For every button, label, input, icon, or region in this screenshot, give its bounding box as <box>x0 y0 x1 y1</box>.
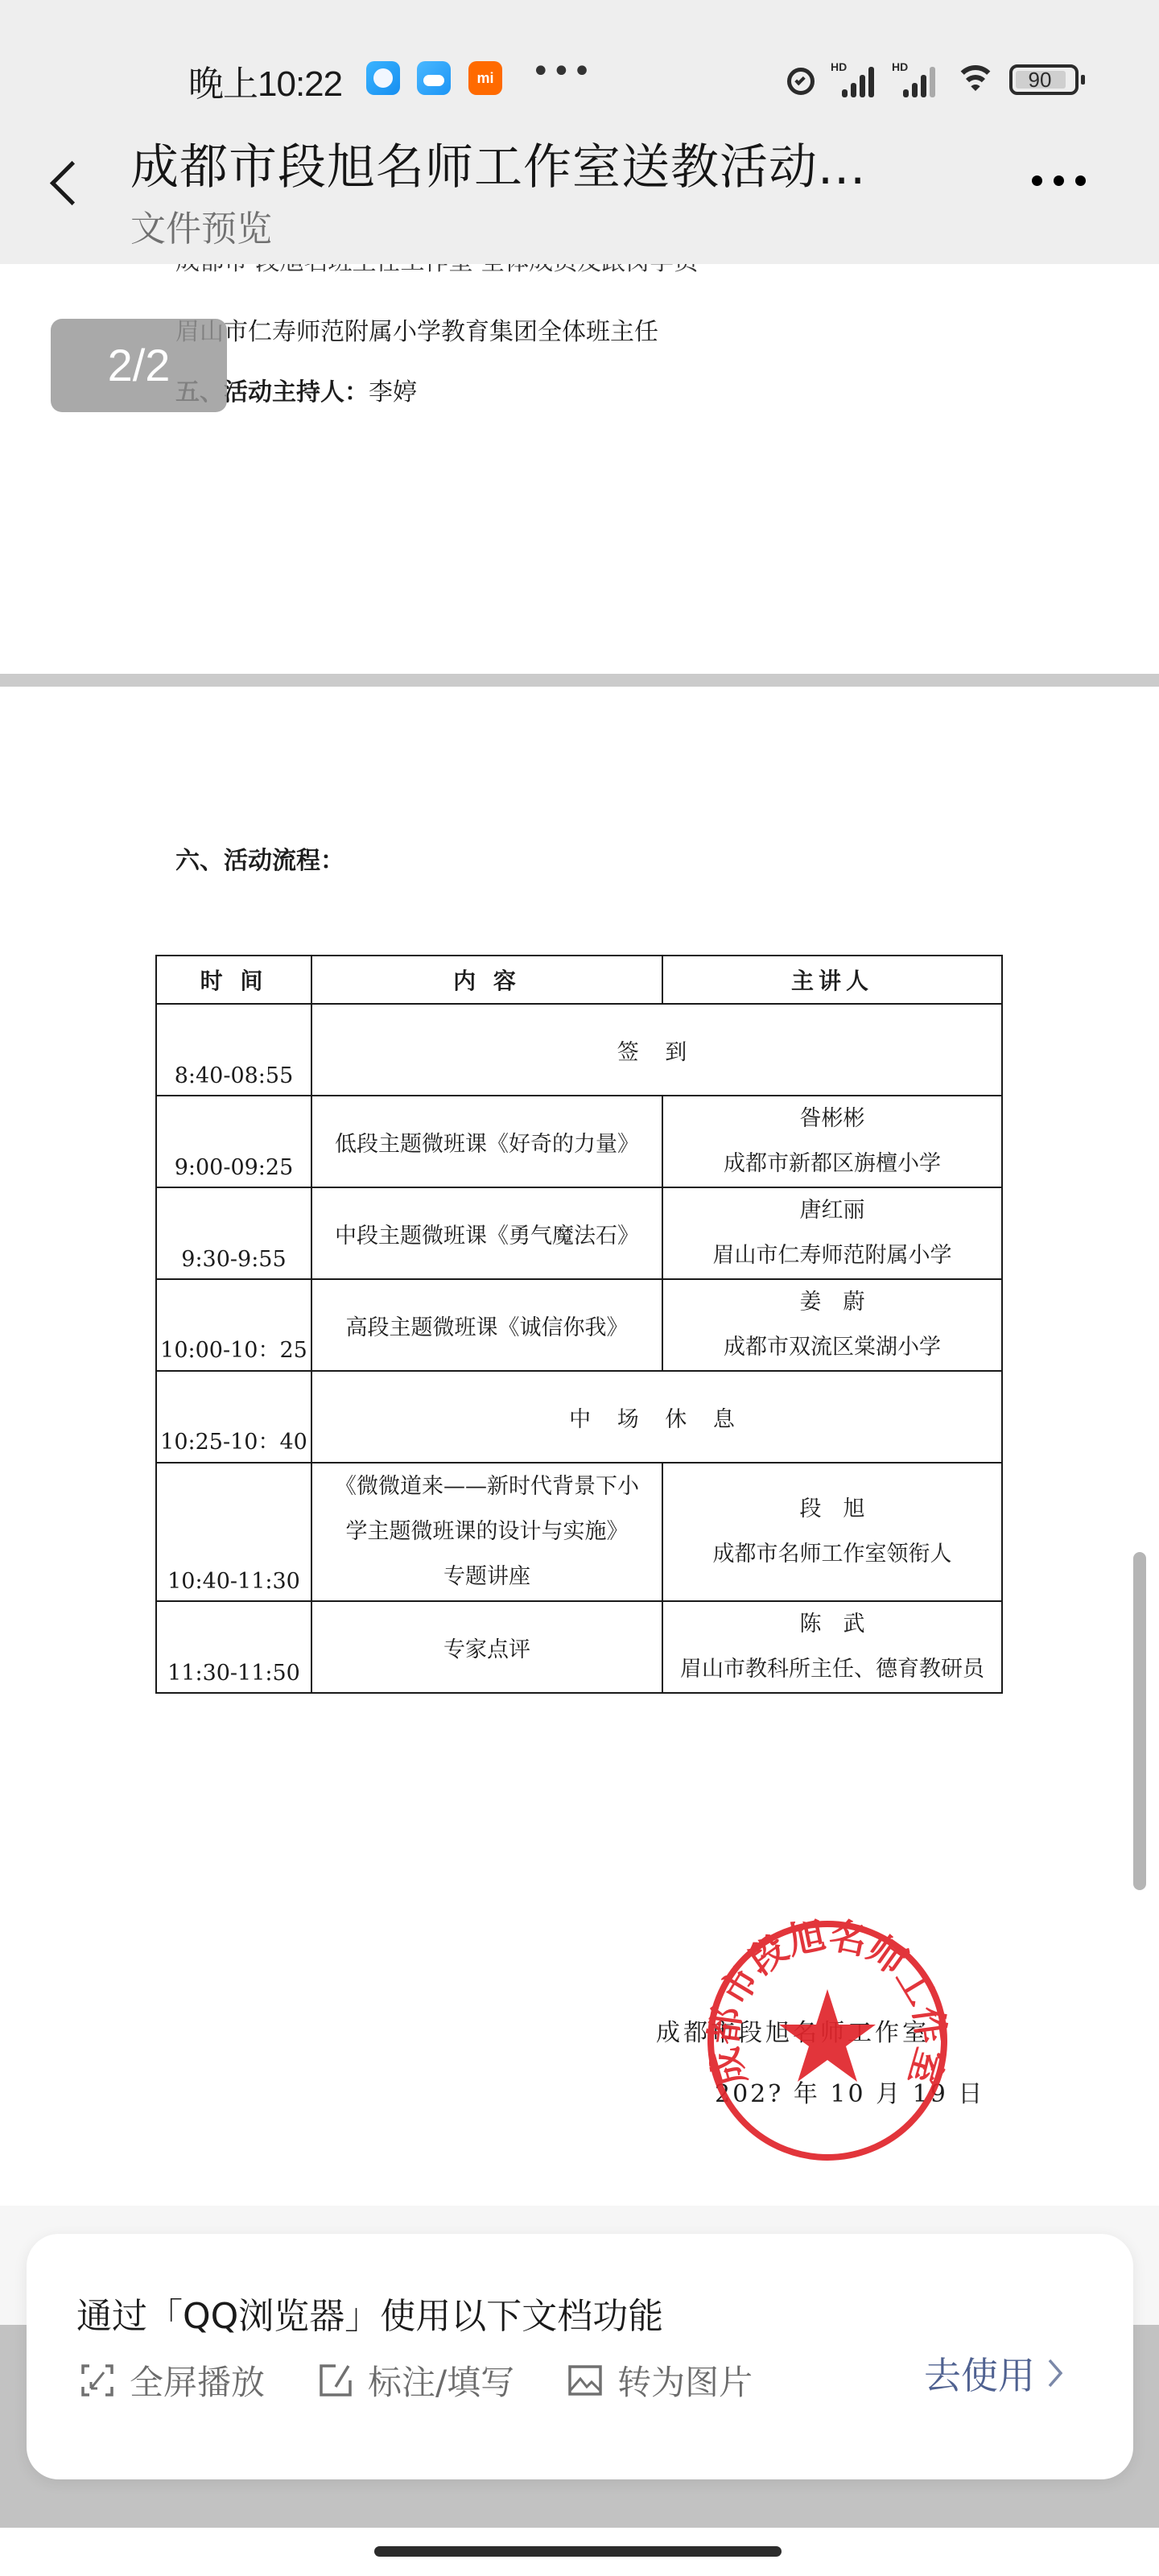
promo-features: 全屏播放 标注/填写 转为图片 <box>80 2356 753 2405</box>
battery-icon: 90 <box>1009 64 1079 95</box>
table-row: 9:00-09:25 低段主题微班课《好奇的力量》 昝彬彬 成都市新都区旃檀小学 <box>156 1096 1002 1187</box>
page-separator <box>0 674 1159 687</box>
speaker-org: 成都市名师工作室领衔人 <box>663 1532 1001 1577</box>
feature-to-image[interactable]: 转为图片 <box>567 2356 753 2405</box>
cell-content: 专家点评 <box>311 1601 662 1693</box>
content-line: 专题讲座 <box>312 1554 662 1600</box>
host-name: 李婷 <box>369 378 417 407</box>
top-app-bar: 晚上10:22 mi ••• HD HD 90 <box>0 0 1159 264</box>
speaker-org: 成都市新都区旃檀小学 <box>663 1141 1001 1187</box>
alarm-icon <box>782 61 819 98</box>
table-row: 10:00-10：25 高段主题微班课《诚信你我》 姜 蔚 成都市双流区棠湖小学 <box>156 1279 1002 1371</box>
cell-content: 中段主题微班课《勇气魔法石》 <box>311 1187 662 1279</box>
table-row: 8:40-08:55 签 到 <box>156 1004 1002 1096</box>
dot-icon <box>1075 175 1086 186</box>
table-row: 10:25-10：40 中 场 休 息 <box>156 1371 1002 1463</box>
more-notifications-icon: ••• <box>531 53 593 90</box>
home-indicator[interactable] <box>374 2546 782 2557</box>
wifi-icon <box>953 62 998 97</box>
qq-browser-promo-card: 通过「QQ浏览器」使用以下文档功能 全屏播放 标注/填写 转为图片 去使用 <box>27 2234 1133 2479</box>
host-label: 活动主持人： <box>224 378 369 407</box>
battery-level: 90 <box>1013 68 1067 92</box>
feature-annotate[interactable]: 标注/填写 <box>318 2356 514 2405</box>
fullscreen-icon <box>80 2363 115 2398</box>
cloud-app-icon <box>417 61 451 95</box>
promo-title: 通过「QQ浏览器」使用以下文档功能 <box>76 2287 663 2339</box>
speaker-org: 眉山市教科所主任、德育教研员 <box>663 1647 1001 1692</box>
edit-icon <box>318 2363 353 2398</box>
cell-content: 《微微道来——新时代背景下小 学主题微班课的设计与实施》 专题讲座 <box>311 1463 662 1601</box>
section-heading-schedule: 六、活动流程： <box>175 840 344 876</box>
table-row: 9:30-9:55 中段主题微班课《勇气魔法石》 唐红丽 眉山市仁寿师范附属小学 <box>156 1187 1002 1279</box>
table-row: 10:40-11:30 《微微道来——新时代背景下小 学主题微班课的设计与实施》… <box>156 1463 1002 1601</box>
signal-2-icon: HD <box>892 62 942 97</box>
header-speaker: 主讲人 <box>662 956 1002 1004</box>
back-button[interactable] <box>42 158 82 214</box>
signal-1-icon: HD <box>831 62 881 97</box>
document-subtitle: 文件预览 <box>130 200 272 251</box>
go-use-button[interactable]: 去使用 <box>924 2347 1064 2400</box>
header-content: 内 容 <box>311 956 662 1004</box>
mi-app-icon: mi <box>468 61 502 95</box>
header-time: 时 间 <box>156 956 311 1004</box>
speaker-name: 段 旭 <box>663 1487 1001 1532</box>
schedule-table: 时 间 内 容 主讲人 8:40-08:55 签 到 9:00-09:25 低段… <box>155 955 1003 1694</box>
system-status-icons: HD HD 90 <box>782 60 1079 100</box>
cell-speaker: 段 旭 成都市名师工作室领衔人 <box>662 1463 1002 1601</box>
speaker-name: 唐红丽 <box>663 1188 1001 1233</box>
more-options-button[interactable] <box>1032 175 1086 186</box>
cell-time: 10:40-11:30 <box>156 1463 311 1601</box>
speaker-org: 成都市双流区棠湖小学 <box>663 1325 1001 1370</box>
content-line: 学主题微班课的设计与实施》 <box>312 1509 662 1554</box>
cell-content-merged: 签 到 <box>311 1004 1002 1096</box>
feature-label: 标注/填写 <box>368 2356 514 2405</box>
cell-time: 10:25-10：40 <box>156 1371 311 1463</box>
cell-time: 9:00-09:25 <box>156 1096 311 1187</box>
speaker-name: 昝彬彬 <box>663 1096 1001 1141</box>
doc-line-participants: 眉山市仁寿师范附属小学教育集团全体班主任 <box>175 312 658 347</box>
table-row: 11:30-11:50 专家点评 陈 武 眉山市教科所主任、德育教研员 <box>156 1601 1002 1693</box>
status-time: 晚上10:22 <box>188 55 342 106</box>
content-line: 《微微道来——新时代背景下小 <box>312 1464 662 1509</box>
vertical-scrollbar[interactable] <box>1133 1552 1146 1890</box>
dot-icon <box>1054 175 1064 186</box>
page-indicator-badge: 2/2 <box>51 319 227 412</box>
feature-label: 转为图片 <box>617 2356 753 2405</box>
cell-content: 低段主题微班课《好奇的力量》 <box>311 1096 662 1187</box>
cell-time: 9:30-9:55 <box>156 1187 311 1279</box>
official-seal-stamp-icon: 成都市段旭名师工作室 <box>705 1918 950 2163</box>
image-icon <box>567 2363 603 2398</box>
cell-speaker: 姜 蔚 成都市双流区棠湖小学 <box>662 1279 1002 1371</box>
cell-time: 8:40-08:55 <box>156 1004 311 1096</box>
cell-speaker: 昝彬彬 成都市新都区旃檀小学 <box>662 1096 1002 1187</box>
cell-content: 高段主题微班课《诚信你我》 <box>311 1279 662 1371</box>
document-title: 成都市段旭名师工作室送教活动... <box>130 129 866 198</box>
cell-speaker: 陈 武 眉山市教科所主任、德育教研员 <box>662 1601 1002 1693</box>
cell-time: 11:30-11:50 <box>156 1601 311 1693</box>
document-page-1-tail <box>0 242 1159 674</box>
speaker-org: 眉山市仁寿师范附属小学 <box>663 1233 1001 1278</box>
blue-bubble-app-icon <box>366 61 400 95</box>
feature-fullscreen[interactable]: 全屏播放 <box>80 2356 265 2405</box>
feature-label: 全屏播放 <box>130 2356 265 2405</box>
speaker-name: 姜 蔚 <box>663 1280 1001 1325</box>
speaker-name: 陈 武 <box>663 1602 1001 1647</box>
table-header-row: 时 间 内 容 主讲人 <box>156 956 1002 1004</box>
cell-speaker: 唐红丽 眉山市仁寿师范附属小学 <box>662 1187 1002 1279</box>
cell-time: 10:00-10：25 <box>156 1279 311 1371</box>
dot-icon <box>1032 175 1042 186</box>
chevron-right-icon <box>1046 2357 1064 2389</box>
cell-content-merged: 中 场 休 息 <box>311 1371 1002 1463</box>
go-use-label: 去使用 <box>924 2347 1035 2400</box>
